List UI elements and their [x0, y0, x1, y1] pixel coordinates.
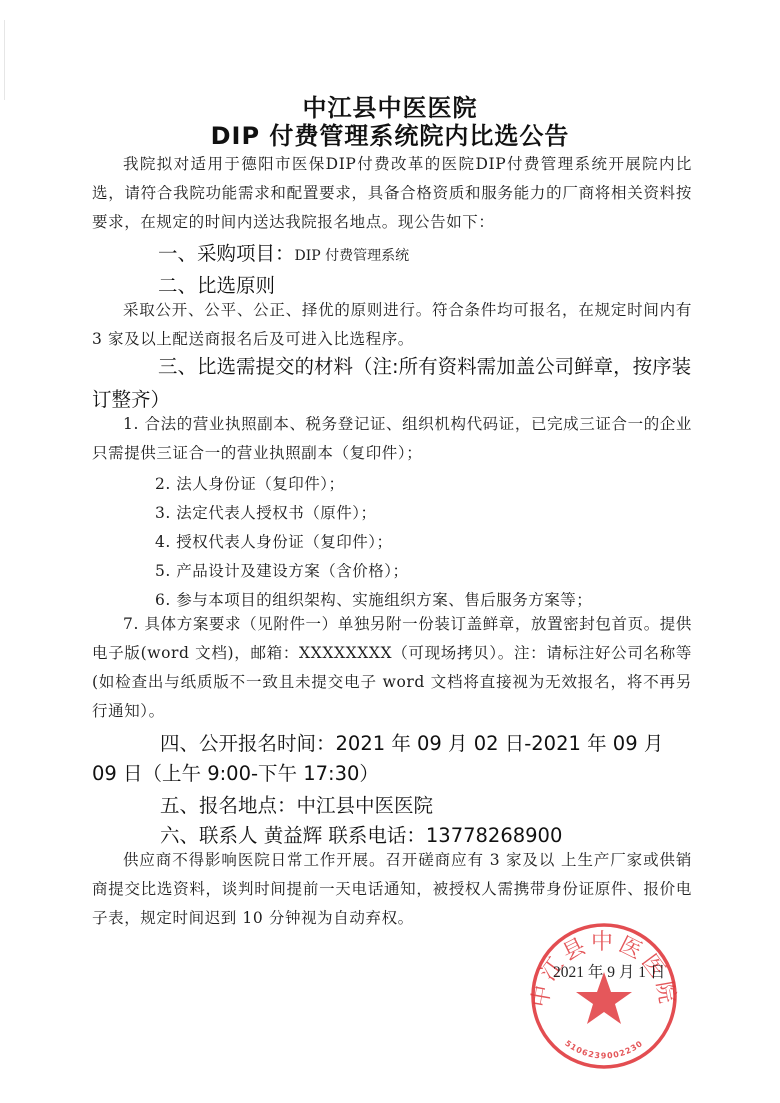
registration-time-line1: 四、公开报名时间：2021 年 09 月 02 日-2021 年 09 月 [160, 728, 663, 756]
section-heading: 一、采购项目： [158, 242, 295, 265]
material-item-4: 4. 授权代表人身份证（复印件）； [155, 530, 392, 552]
material-item-3: 3. 法定代表人授权书（原件）； [155, 501, 376, 523]
section-principle-heading: 二、比选原则 [158, 270, 275, 298]
material-item-2: 2. 法人身份证（复印件）； [155, 472, 344, 494]
registration-location: 五、报名地点：中江县中医医院 [160, 790, 433, 818]
document-title-notice: DIP 付费管理系统院内比选公告 [0, 116, 780, 151]
contact-info: 六、联系人 黄益辉 联系电话：13778268900 [160, 820, 562, 848]
material-item-6: 6. 参与本项目的组织架构、实施组织方案、售后服务方案等； [155, 588, 592, 610]
section-procurement-item: 一、采购项目：DIP 付费管理系统 [158, 238, 409, 266]
intro-paragraph: 我院拟对适用于德阳市医保DIP付费改革的医院DIP付费管理系统开展院内比选，请符… [92, 150, 692, 237]
svg-text:5106239002230: 5106239002230 [563, 1039, 645, 1061]
procurement-item-value: DIP 付费管理系统 [295, 248, 410, 264]
material-item-7: 7. 具体方案要求（见附件一）单独另附一份装订盖鲜章，放置密封包首页。提供电子版… [92, 610, 692, 726]
document-date: 2021 年 9 月 1 日 [553, 960, 665, 982]
material-item-5: 5. 产品设计及建设方案（含价格）； [155, 559, 408, 581]
registration-time-line2: 09 日（上午 9:00-下午 17:30） [92, 758, 379, 786]
official-seal-stamp: 中江县中医医院 5106239002230 [528, 920, 680, 1072]
material-item-1: 1. 合法的营业执照副本、税务登记证、组织机构代码证，已完成三证合一的企业只需提… [92, 410, 692, 468]
section-materials-heading: 三、比选需提交的材料（注:所有资料需加盖公司鲜章，按序装订整齐） [92, 350, 692, 416]
principle-paragraph: 采取公开、公平、公正、择优的原则进行。符合条件均可报名，在规定时间内有 3 家及… [92, 296, 692, 354]
